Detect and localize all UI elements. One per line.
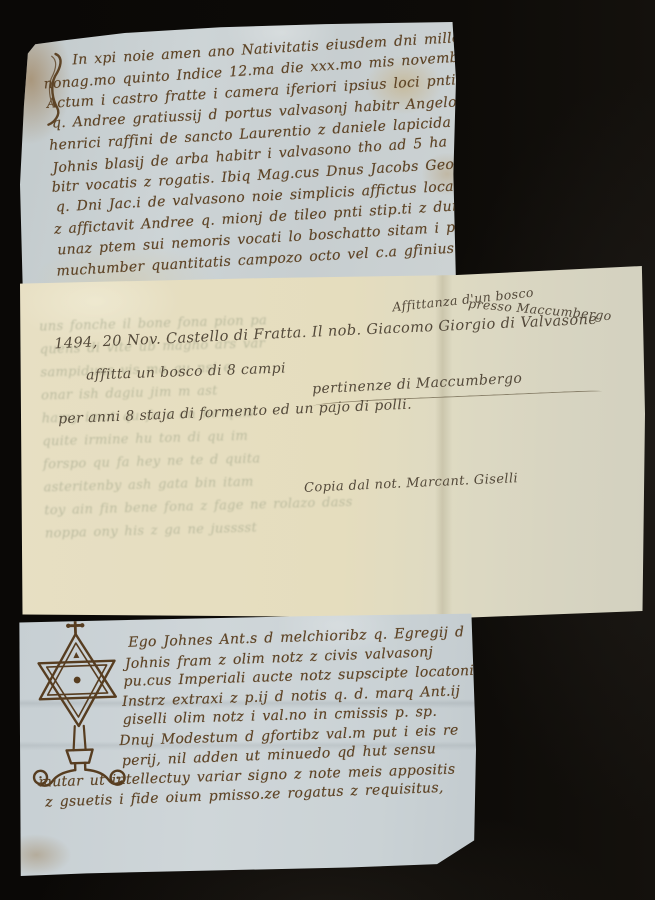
date-place-line: 1494, 20 Nov. Castello di Fratta. Il nob… (54, 312, 598, 353)
action-line: affitta un bosco di 8 campi (86, 361, 286, 384)
location-line: pertinenze di Maccumbergo (312, 371, 523, 398)
top-parchment-sheet: In xpi noie amen ano Nativitatis eiusdem… (20, 22, 456, 284)
rent-line: per anni 8 staja di formento ed un pajo … (58, 397, 412, 428)
top-manuscript-text: In xpi noie amen ano Nativitatis eiusdem… (44, 31, 462, 285)
archival-note-sheet: uns fonche il bone fona pion paquens di … (20, 266, 645, 618)
bottom-manuscript-text: Ego Johnes Ant.s d melchioribz q. Egregi… (120, 623, 485, 810)
notary-signum-star-icon (25, 616, 131, 791)
bottom-parchment-sheet: Ego Johnes Ant.s d melchioribz q. Egregi… (18, 612, 476, 876)
photo-backdrop: In xpi noie amen ano Nativitatis eiusdem… (0, 0, 655, 900)
notary-copy-line: Copia dal not. Marcant. Giselli (304, 471, 519, 496)
archival-note-text: Affittanza d'un bosco presso Maccumbergo… (20, 266, 645, 618)
